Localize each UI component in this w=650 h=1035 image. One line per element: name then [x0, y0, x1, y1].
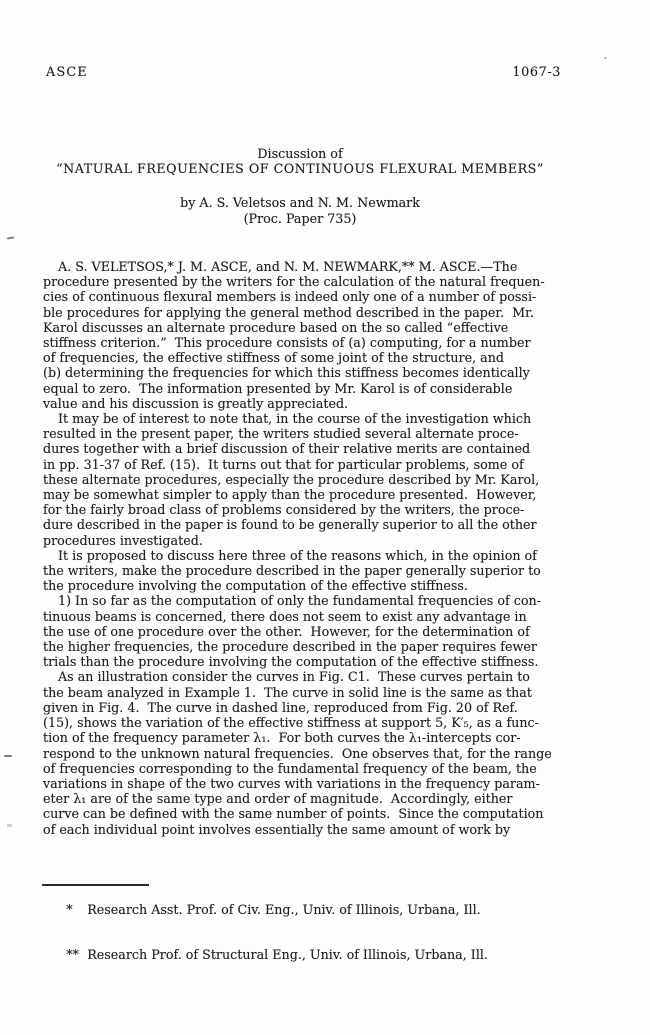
- text-line: for the fairly broad class of problems c…: [43, 502, 609, 517]
- text-line: (15), shows the variation of the effecti…: [43, 715, 609, 730]
- byline: by A. S. Veletsos and N. M. Newmark: [0, 195, 600, 210]
- text-line: these alternate procedures, especially t…: [43, 472, 609, 487]
- text-line: the higher frequencies, the procedure de…: [43, 639, 609, 654]
- text-line: curve can be defined with the same numbe…: [43, 806, 609, 821]
- text-line: Karol discusses an alternate procedure b…: [43, 320, 609, 335]
- text-line: dure described in the paper is found to …: [43, 517, 609, 532]
- page-header: ASCE 1067-3: [0, 65, 650, 81]
- footnote-text: Research Asst. Prof. of Civ. Eng., Univ.…: [87, 902, 480, 917]
- paragraph: A. S. VELETSOS,* J. M. ASCE, and N. M. N…: [43, 259, 609, 411]
- text-line: (b) determining the frequencies for whic…: [43, 365, 609, 380]
- text-line: respond to the unknown natural frequenci…: [43, 746, 609, 761]
- text-line: It is proposed to discuss here three of …: [43, 548, 609, 563]
- paragraph: As an illustration consider the curves i…: [43, 669, 609, 836]
- text-line: resulted in the present paper, the write…: [43, 426, 609, 441]
- footnotes: *Research Asst. Prof. of Civ. Eng., Univ…: [42, 887, 608, 978]
- text-line: the procedure involving the computation …: [43, 578, 609, 593]
- text-line: tion of the frequency parameter λ₁. For …: [43, 730, 609, 745]
- footnote-marker: *: [66, 902, 87, 917]
- text-line: the beam analyzed in Example 1. The curv…: [43, 685, 609, 700]
- text-line: of frequencies, the effective stiffness …: [43, 350, 609, 365]
- footnote-rule: [42, 884, 149, 886]
- text-line: procedure presented by the writers for t…: [43, 274, 609, 289]
- text-line: trials than the procedure involving the …: [43, 654, 609, 669]
- title-block: Discussion of “NATURAL FREQUENCIES OF CO…: [0, 146, 600, 226]
- text-line: cies of continuous flexural members is i…: [43, 289, 609, 304]
- margin-scan-mark: [4, 755, 12, 757]
- discussion-label: Discussion of: [0, 146, 600, 161]
- footnote-text: Research Prof. of Structural Eng., Univ.…: [87, 947, 488, 962]
- margin-scan-mark: [7, 237, 14, 240]
- text-line: As an illustration consider the curves i…: [43, 669, 609, 684]
- paragraph: It may be of interest to note that, in t…: [43, 411, 609, 548]
- text-line: may be somewhat simpler to apply than th…: [43, 487, 609, 502]
- paragraph: It is proposed to discuss here three of …: [43, 548, 609, 594]
- text-line: variations in shape of the two curves wi…: [43, 776, 609, 791]
- text-line: the use of one procedure over the other.…: [43, 624, 609, 639]
- text-line: ble procedures for applying the general …: [43, 305, 609, 320]
- text-line: of each individual point involves essent…: [43, 822, 609, 837]
- footnote: **Research Prof. of Structural Eng., Uni…: [42, 932, 608, 977]
- text-line: the writers, make the procedure describe…: [43, 563, 609, 578]
- footnote: *Research Asst. Prof. of Civ. Eng., Univ…: [42, 887, 608, 932]
- text-line: procedures investigated.: [43, 533, 609, 548]
- text-line: 1) In so far as the computation of only …: [43, 593, 609, 608]
- body-text: A. S. VELETSOS,* J. M. ASCE, and N. M. N…: [43, 259, 609, 837]
- document-page: ASCE 1067-3 Discussion of “NATURAL FREQU…: [0, 0, 650, 1035]
- text-line: eter λ₁ are of the same type and order o…: [43, 791, 609, 806]
- paper-title: “NATURAL FREQUENCIES OF CONTINUOUS FLEXU…: [0, 161, 600, 176]
- proc-paper-ref: (Proc. Paper 735): [0, 211, 600, 226]
- journal-abbrev: ASCE: [46, 65, 88, 80]
- footnote-marker: **: [66, 947, 87, 962]
- margin-scan-mark: [7, 824, 12, 827]
- text-line: value and his discussion is greatly appr…: [43, 396, 609, 411]
- paragraph: 1) In so far as the computation of only …: [43, 593, 609, 669]
- text-line: of frequencies corresponding to the fund…: [43, 761, 609, 776]
- scan-speck: [604, 57, 607, 59]
- text-line: It may be of interest to note that, in t…: [43, 411, 609, 426]
- text-line: tinuous beams is concerned, there does n…: [43, 609, 609, 624]
- text-line: equal to zero. The information presented…: [43, 381, 609, 396]
- text-line: given in Fig. 4. The curve in dashed lin…: [43, 700, 609, 715]
- text-line: stiffness criterion.” This procedure con…: [43, 335, 609, 350]
- text-line: in pp. 31-37 of Ref. (15). It turns out …: [43, 457, 609, 472]
- page-number: 1067-3: [512, 65, 561, 80]
- text-line: dures together with a brief discussion o…: [43, 441, 609, 456]
- text-line: A. S. VELETSOS,* J. M. ASCE, and N. M. N…: [43, 259, 609, 274]
